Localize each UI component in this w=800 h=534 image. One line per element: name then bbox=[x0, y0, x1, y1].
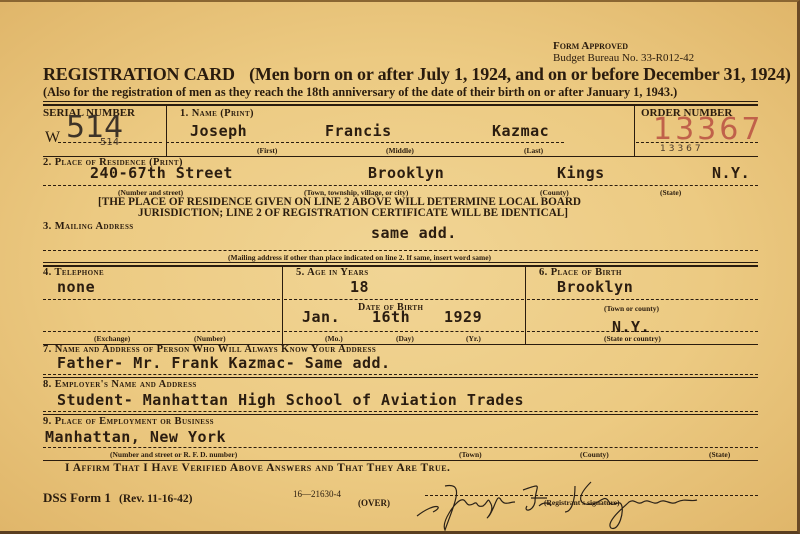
telephone-exchange-caption: (Exchange) bbox=[94, 334, 130, 343]
employment-place-value: Manhattan, New York bbox=[45, 428, 226, 446]
divider bbox=[43, 104, 758, 106]
dob-month: Jan. bbox=[302, 308, 340, 326]
contact-value: Father- Mr. Frank Kazmac- Same add. bbox=[57, 354, 391, 372]
name-first-caption: (First) bbox=[257, 146, 277, 155]
birthplace-state-caption: (State or country) bbox=[604, 334, 661, 343]
mailing-underline bbox=[43, 250, 758, 251]
print-code: 16—21630-4 bbox=[293, 489, 341, 499]
dob-year-caption: (Yr.) bbox=[466, 334, 481, 343]
residence-state: N.Y. bbox=[712, 164, 750, 182]
residence-underline bbox=[43, 185, 758, 186]
employment-state-caption: (State) bbox=[709, 450, 730, 459]
mailing-value: same add. bbox=[371, 224, 457, 242]
dob-year: 1929 bbox=[444, 308, 482, 326]
age-value: 18 bbox=[350, 278, 369, 296]
name-middle-caption: (Middle) bbox=[386, 146, 414, 155]
affirmation-text: I Affirm That I Have Verified Above Answ… bbox=[65, 462, 450, 474]
employment-town-caption: (Town) bbox=[459, 450, 482, 459]
dob-month-caption: (Mo.) bbox=[325, 334, 343, 343]
employment-county-caption: (County) bbox=[580, 450, 609, 459]
title-main: REGISTRATION CARD bbox=[43, 64, 235, 84]
divider bbox=[634, 106, 635, 156]
signature-caption: (Registrant's signature) bbox=[544, 498, 619, 507]
divider bbox=[43, 377, 758, 378]
name-last: Kazmac bbox=[492, 122, 549, 140]
budget-bureau-number: Budget Bureau No. 33-R012-42 bbox=[553, 52, 694, 64]
divider bbox=[43, 262, 758, 263]
form-title: REGISTRATION CARD (Men born on or after … bbox=[43, 64, 791, 85]
serial-underline bbox=[58, 142, 162, 143]
mailing-label: 3. Mailing Address bbox=[43, 221, 134, 232]
employer-underline bbox=[43, 411, 758, 412]
divider bbox=[282, 267, 283, 344]
divider bbox=[43, 460, 758, 461]
birthplace-underline bbox=[527, 299, 758, 300]
telephone-underline bbox=[43, 331, 280, 332]
age-underline bbox=[284, 299, 524, 300]
telephone-label: 4. Telephone bbox=[43, 267, 104, 278]
telephone-value: none bbox=[57, 278, 95, 296]
birthplace-town-caption: (Town or county) bbox=[604, 304, 659, 313]
form-approved: Form Approved bbox=[553, 40, 628, 52]
name-middle: Francis bbox=[325, 122, 392, 140]
telephone-underline bbox=[43, 299, 280, 300]
dob-underline bbox=[284, 331, 524, 332]
title-note: (Men born on or after July 1, 1924, and … bbox=[249, 64, 791, 84]
employment-place-label: 9. Place of Employment or Business bbox=[43, 416, 214, 427]
dob-day: 16th bbox=[372, 308, 410, 326]
form-id: DSS Form 1 (Rev. 11-16-42) bbox=[43, 487, 192, 506]
name-label: 1. Name (Print) bbox=[180, 108, 254, 119]
signature-underline bbox=[425, 495, 758, 496]
name-first: Joseph bbox=[190, 122, 247, 140]
employment-place-underline bbox=[43, 447, 758, 448]
dob-day-caption: (Day) bbox=[396, 334, 414, 343]
residence-state-caption: (State) bbox=[660, 188, 681, 197]
serial-prefix: W bbox=[45, 129, 60, 147]
divider bbox=[43, 101, 758, 102]
mailing-caption: (Mailing address if other than place ind… bbox=[228, 253, 491, 262]
order-pencil-note: 13367 bbox=[660, 144, 704, 154]
birthplace-underline bbox=[527, 331, 758, 332]
over-note: (OVER) bbox=[358, 498, 390, 508]
telephone-number-caption: (Number) bbox=[194, 334, 226, 343]
employer-value: Student- Manhattan High School of Aviati… bbox=[57, 391, 524, 409]
divider bbox=[43, 414, 758, 415]
residence-street: 240-67th Street bbox=[90, 164, 233, 182]
form-revision: (Rev. 11-16-42) bbox=[119, 493, 192, 505]
form-subtitle: (Also for the registration of men as the… bbox=[43, 85, 677, 100]
divider bbox=[43, 265, 758, 267]
registration-card: Form Approved Budget Bureau No. 33-R012-… bbox=[0, 0, 800, 534]
birthplace-label: 6. Place of Birth bbox=[539, 267, 622, 278]
residence-notice-line2: JURISDICTION; LINE 2 OF REGISTRATION CER… bbox=[138, 207, 568, 219]
divider bbox=[525, 267, 526, 344]
age-label: 5. Age in Years bbox=[296, 267, 369, 278]
residence-county: Kings bbox=[557, 164, 605, 182]
employment-street-caption: (Number and street or R. F. D. number) bbox=[110, 450, 237, 459]
name-last-caption: (Last) bbox=[524, 146, 543, 155]
name-underline bbox=[166, 142, 564, 143]
residence-town: Brooklyn bbox=[368, 164, 444, 182]
divider bbox=[166, 106, 167, 156]
order-underline bbox=[636, 142, 758, 143]
birthplace-town: Brooklyn bbox=[557, 278, 633, 296]
form-id-label: DSS Form 1 bbox=[43, 490, 111, 505]
employer-label: 8. Employer's Name and Address bbox=[43, 379, 197, 390]
contact-underline bbox=[43, 374, 758, 375]
